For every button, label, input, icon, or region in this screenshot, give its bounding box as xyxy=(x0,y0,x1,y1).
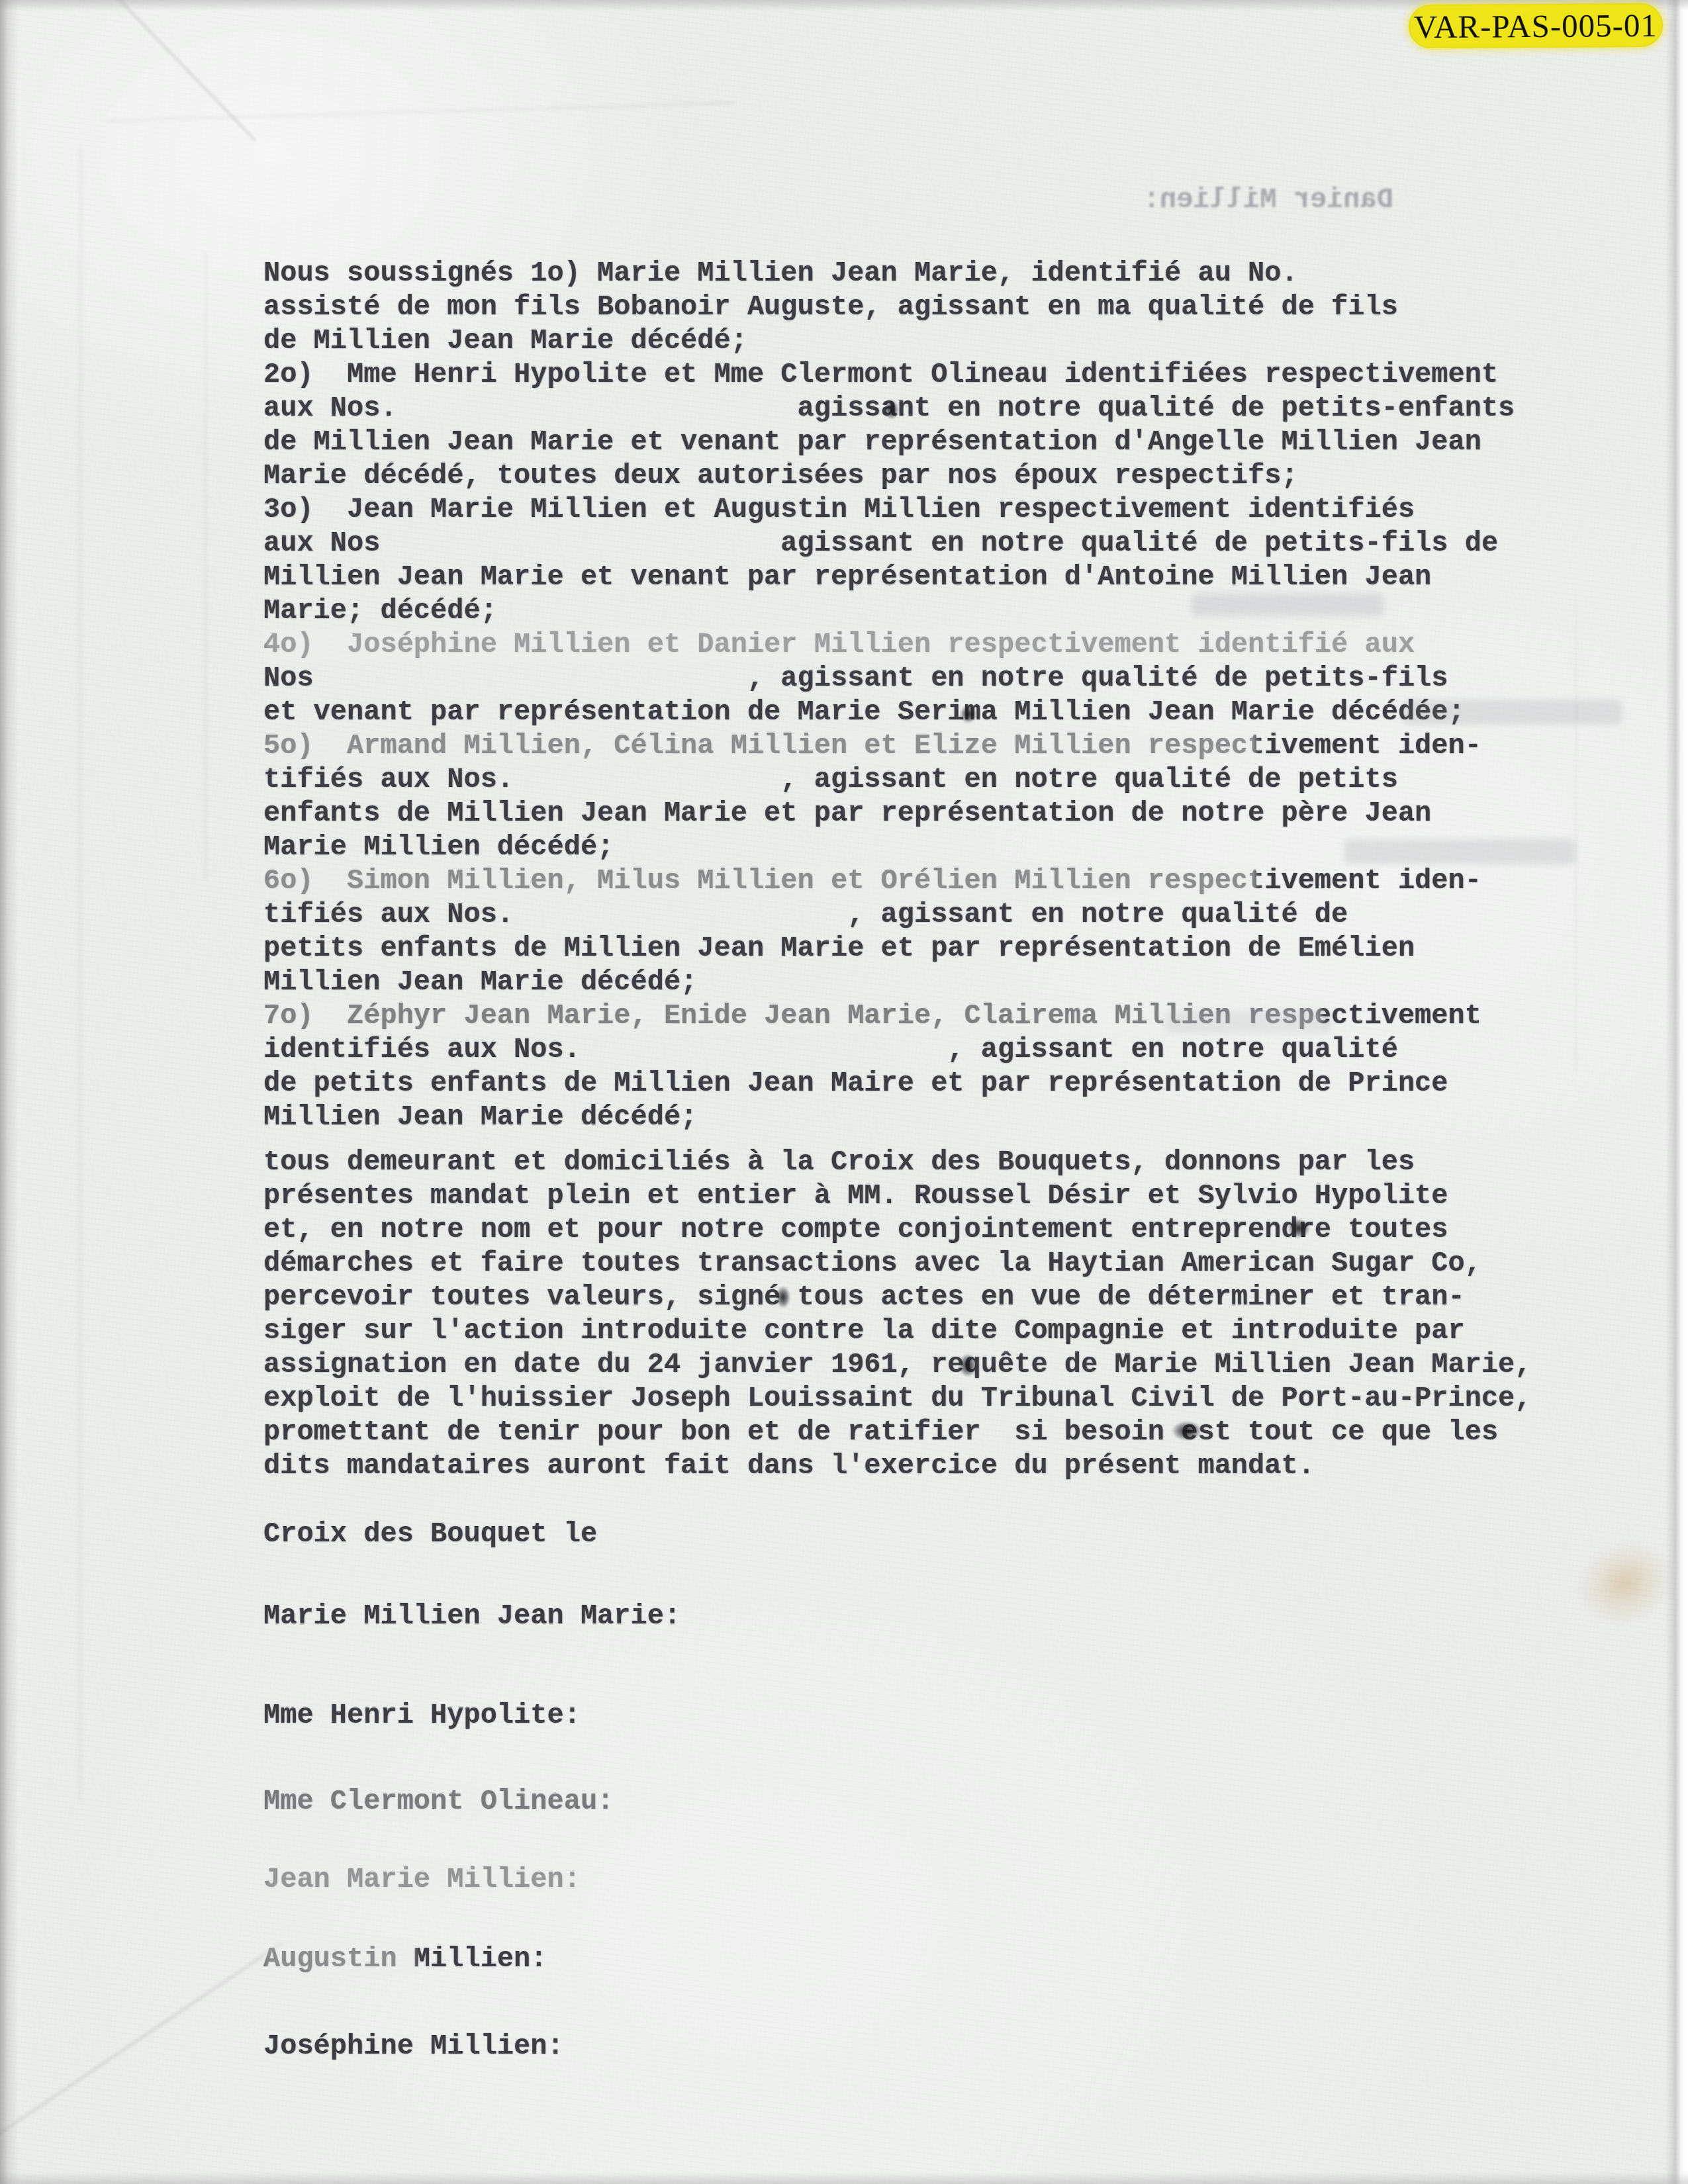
ink-smudge xyxy=(960,705,977,723)
scan-edge-left xyxy=(0,0,19,2184)
paper-crease xyxy=(205,251,207,880)
signature-line: Mme Henri Hypolite: xyxy=(263,1699,581,1733)
signature-line: Joséphine Millien: xyxy=(263,2030,564,2064)
ink-smudge xyxy=(884,400,899,420)
scan-edge-bottom xyxy=(0,2172,1688,2184)
paper-crease xyxy=(0,1942,282,2136)
date-place-line: Croix des Bouquet le xyxy=(263,1518,597,1551)
ink-smudge xyxy=(1172,1421,1202,1441)
ink-smudge xyxy=(1288,1218,1310,1238)
reference-tag: VAR-PAS-005-01 xyxy=(1409,3,1663,49)
ink-smudge xyxy=(776,1286,790,1308)
signature-line: Mme Clermont Olineau: xyxy=(263,1785,614,1819)
bleed-through-mirrored-text: Danier Millien: xyxy=(1122,184,1393,216)
ink-smudge xyxy=(959,1353,977,1377)
reference-tag-label: VAR-PAS-005-01 xyxy=(1414,6,1658,46)
bleed-through-smudge xyxy=(1165,1011,1331,1032)
signature-line: Marie Millien Jean Marie: xyxy=(263,1600,680,1633)
paper-crease xyxy=(106,103,735,122)
signature-line: Jean Marie Millien: xyxy=(263,1863,581,1897)
paper-crease xyxy=(62,0,256,142)
scan-edge-right xyxy=(1665,0,1688,2184)
bleed-through-smudge xyxy=(1344,839,1575,864)
paper-crease xyxy=(79,146,81,1800)
scanned-document-page: Danier Millien: Nous soussignés 1o) Mari… xyxy=(0,0,1688,2184)
signature-line: Augustin Millien: xyxy=(263,1942,547,1976)
mandate-body-text: tous demeurant et domiciliés à la Croix … xyxy=(263,1146,1532,1483)
bleed-through-smudge xyxy=(1192,594,1383,616)
paper-crease xyxy=(1575,596,1577,1072)
parties-list-text: Nous soussignés 1o) Marie Millien Jean M… xyxy=(263,257,1515,1134)
bleed-through-smudge xyxy=(1403,700,1622,724)
